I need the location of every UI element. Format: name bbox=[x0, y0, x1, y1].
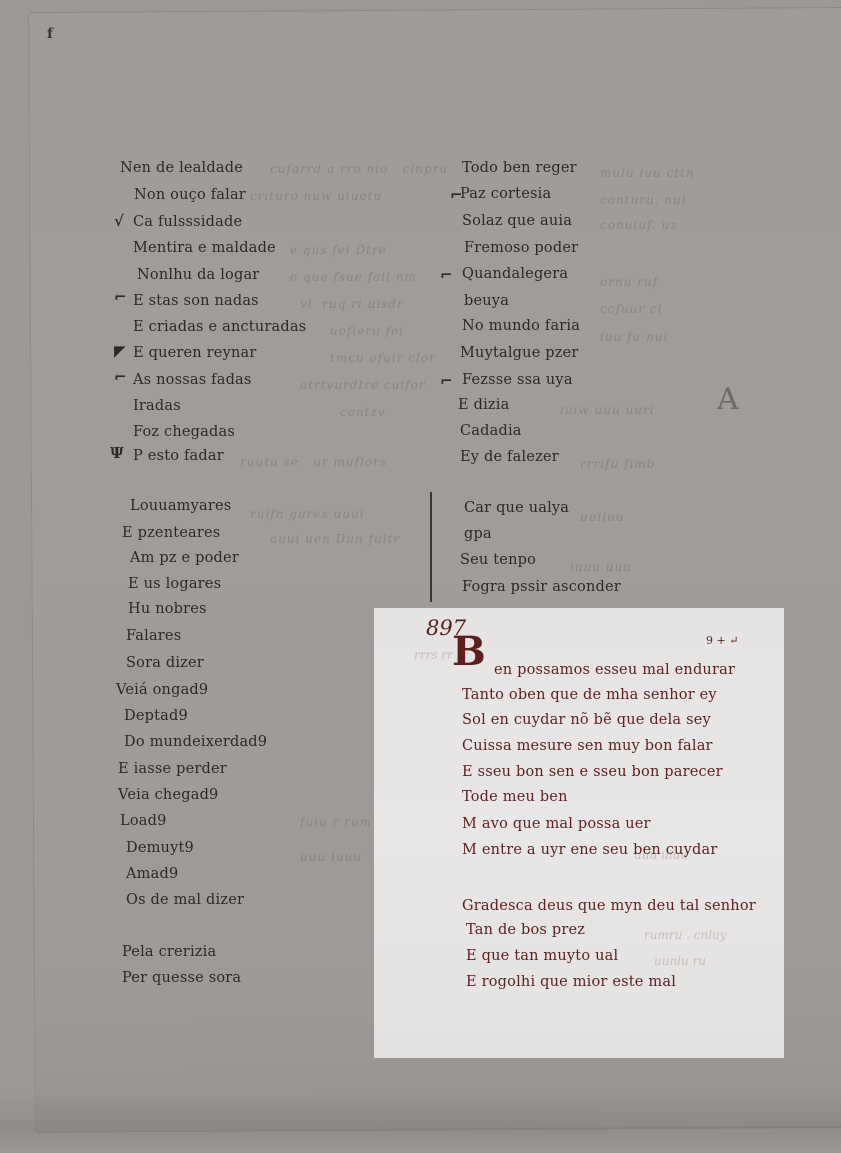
verse-line: E que tan muyto ual bbox=[466, 948, 618, 964]
bleed-through-text: ornu ruf bbox=[600, 275, 658, 289]
verse-line: Car que ualya bbox=[464, 500, 569, 516]
verse-line: Sora dizer bbox=[126, 655, 204, 671]
marginal-letter: A bbox=[717, 382, 739, 417]
bleed-through-text: conuiuf. uz bbox=[600, 218, 678, 232]
verse-line: M avo que mal possa uer bbox=[462, 816, 651, 832]
bleed-through-text: ccfuur ci bbox=[600, 302, 662, 316]
verse-line: Seu tenpo bbox=[460, 552, 536, 568]
verse-line: Muytalgue pzer bbox=[460, 345, 579, 361]
margin-annotation: 9 + ↵ bbox=[706, 634, 738, 647]
verse-line: Paz cortesia bbox=[460, 186, 551, 202]
verse-line: Per quesse sora bbox=[122, 970, 241, 986]
verse-line: Louuamyares bbox=[130, 498, 231, 514]
manuscript-scan-canvas: f cufarrd a rro nio cinpru crituro nuw u… bbox=[0, 0, 841, 1153]
paragraph-mark-icon: ⌐ bbox=[114, 368, 127, 386]
bleed-through-text: rumru . cnluy bbox=[644, 928, 727, 942]
verse-line: E queren reynar bbox=[133, 345, 256, 361]
verse-line: No mundo faria bbox=[462, 318, 580, 334]
column-bracket-line bbox=[430, 492, 432, 602]
folio-mark: f bbox=[47, 26, 53, 42]
verse-line: M entre a uyr ene seu ben cuydar bbox=[462, 842, 717, 858]
paragraph-mark-icon: ◤ bbox=[114, 342, 126, 360]
paragraph-mark-icon: ⌐ bbox=[440, 372, 453, 390]
bleed-through-text: uuu iuuu bbox=[300, 850, 362, 864]
verse-line: Hu nobres bbox=[128, 601, 207, 617]
verse-line: P esto fadar bbox=[133, 448, 224, 464]
bleed-through-text: uofieru fei bbox=[330, 324, 404, 338]
verse-line: Todo ben reger bbox=[462, 160, 577, 176]
verse-line: Iradas bbox=[133, 398, 181, 414]
verse-line: Fremoso poder bbox=[464, 240, 578, 256]
bleed-through-text: uunlu ru bbox=[654, 954, 706, 968]
verse-line: Tanto oben que de mha senhor ey bbox=[462, 687, 717, 703]
verse-line: Veiá ongad9 bbox=[116, 682, 208, 698]
verse-line: E us logares bbox=[128, 576, 221, 592]
paragraph-mark-icon: √ bbox=[114, 212, 124, 230]
bleed-through-text: contzv bbox=[340, 405, 386, 419]
verse-line: E stas son nadas bbox=[133, 293, 259, 309]
bleed-through-text: iuiw uuu uuri bbox=[560, 403, 655, 417]
verse-line: Cuissa mesure sen muy bon falar bbox=[462, 738, 713, 754]
bleed-through-text: mulu iuu cttn bbox=[600, 166, 695, 180]
bleed-through-text: rrrifu fimb bbox=[580, 457, 655, 471]
bleed-through-text: tmcu ofuir clor bbox=[330, 351, 436, 365]
verse-line: E iasse perder bbox=[118, 761, 227, 777]
verse-line: Fezsse ssa uya bbox=[462, 372, 573, 388]
verse-line: Amad9 bbox=[126, 866, 178, 882]
verse-line: Sol en cuydar nõ bẽ que dela sey bbox=[462, 712, 711, 728]
verse-line: Fogra pssir asconder bbox=[462, 579, 621, 595]
bleed-through-text: o que fsue fail nm bbox=[290, 270, 417, 284]
verse-line: E pzenteares bbox=[122, 525, 220, 541]
verse-line: Cadadia bbox=[460, 423, 522, 439]
verse-line: Mentira e maldade bbox=[133, 240, 276, 256]
bleed-through-text: iuuu uuu bbox=[570, 560, 632, 574]
verse-line: E rogolhi que mior este mal bbox=[466, 974, 676, 990]
verse-line: gpa bbox=[464, 526, 492, 542]
verse-line: Quandalegera bbox=[462, 266, 568, 282]
verse-line: As nossas fadas bbox=[133, 372, 252, 388]
bleed-through-text: iuu fu nui bbox=[600, 330, 668, 344]
verse-line: Tode meu ben bbox=[462, 789, 568, 805]
verse-line: Gradesca deus que myn deu tal senhor bbox=[462, 898, 756, 914]
bleed-through-text: ruutu se ur muflors bbox=[240, 455, 387, 469]
verse-line: Deptad9 bbox=[124, 708, 188, 724]
verse-line: Demuyt9 bbox=[126, 840, 194, 856]
page-bottom-shadow bbox=[0, 1090, 841, 1153]
paragraph-mark-icon: ⌐ bbox=[450, 186, 463, 204]
bleed-through-text: fuiu r rum bbox=[300, 815, 372, 829]
verse-line: beuya bbox=[464, 293, 509, 309]
verse-line: Foz chegadas bbox=[133, 424, 235, 440]
bleed-through-text: e qus fel Dtre bbox=[290, 243, 387, 257]
bleed-through-text: cufarrd a rro nio cinpru bbox=[270, 162, 448, 176]
paragraph-mark-icon: ⌐ bbox=[114, 288, 127, 306]
verse-line: Nonlhu da logar bbox=[137, 267, 259, 283]
verse-line: Solaz que auia bbox=[462, 213, 572, 229]
verse-line: en possamos esseu mal endurar bbox=[494, 662, 735, 678]
verse-line: Ca fulsssidade bbox=[133, 214, 242, 230]
bleed-through-text: vl ruq ri uisdr bbox=[300, 297, 404, 311]
bleed-through-text: ruifn gures uuui bbox=[250, 507, 365, 521]
decorated-initial: B bbox=[452, 632, 486, 672]
verse-line: Veia chegad9 bbox=[118, 787, 219, 803]
verse-line: Pela crerizia bbox=[122, 944, 216, 960]
bleed-through-text: crituro nuw uiuotu bbox=[250, 189, 382, 203]
verse-line: E sseu bon sen e sseu bon parecer bbox=[462, 764, 723, 780]
verse-line: Load9 bbox=[120, 813, 167, 829]
verse-line: Ey de falezer bbox=[460, 449, 559, 465]
verse-line: E dizia bbox=[458, 397, 509, 413]
verse-line: Os de mal dizer bbox=[126, 892, 244, 908]
verse-line: Non ouço falar bbox=[134, 187, 246, 203]
verse-line: Nen de lealdade bbox=[120, 160, 243, 176]
bleed-through-text: uuiiuu bbox=[580, 510, 625, 524]
bleed-through-text: conturu. nui bbox=[600, 193, 687, 207]
paragraph-mark-icon: ⌐ bbox=[440, 266, 453, 284]
verse-line: Am pz e poder bbox=[130, 550, 239, 566]
verse-line: E criadas e ancturadas bbox=[133, 319, 306, 335]
paragraph-mark-icon: Ψ bbox=[110, 444, 124, 462]
verse-line: Tan de bos prez bbox=[466, 922, 585, 938]
bleed-through-text: atrtvurdtre cuifor bbox=[300, 378, 426, 392]
verse-line: Falares bbox=[126, 628, 181, 644]
bleed-through-text: auui uen Dun fultr bbox=[270, 532, 400, 546]
verse-line: Do mundeixerdad9 bbox=[124, 734, 267, 750]
